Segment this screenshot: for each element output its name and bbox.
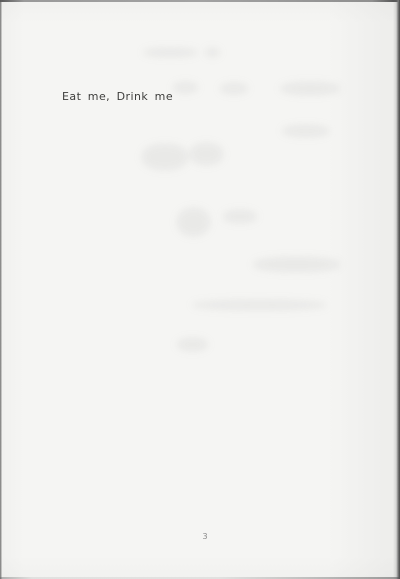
page-number: 3 xyxy=(199,532,211,542)
showthrough-mark xyxy=(192,300,327,310)
showthrough-mark xyxy=(280,82,340,95)
scan-edge-top xyxy=(0,0,400,2)
showthrough-mark xyxy=(220,83,248,94)
showthrough-mark xyxy=(143,48,198,57)
showthrough-mark xyxy=(223,210,257,223)
showthrough-mark xyxy=(282,125,330,137)
showthrough-mark xyxy=(190,143,223,165)
showthrough-mark xyxy=(205,48,220,57)
showthrough-mark xyxy=(177,208,210,236)
page-title: Eat me, Drink me xyxy=(62,91,173,103)
showthrough-mark xyxy=(142,144,188,170)
scan-edge-left xyxy=(0,0,2,579)
scanned-page: Eat me, Drink me 3 xyxy=(0,0,400,579)
showthrough-mark xyxy=(173,82,198,93)
showthrough-mark xyxy=(177,338,208,351)
showthrough-mark xyxy=(253,257,340,272)
scan-edge-right xyxy=(393,0,400,579)
paper-shading xyxy=(0,0,400,579)
